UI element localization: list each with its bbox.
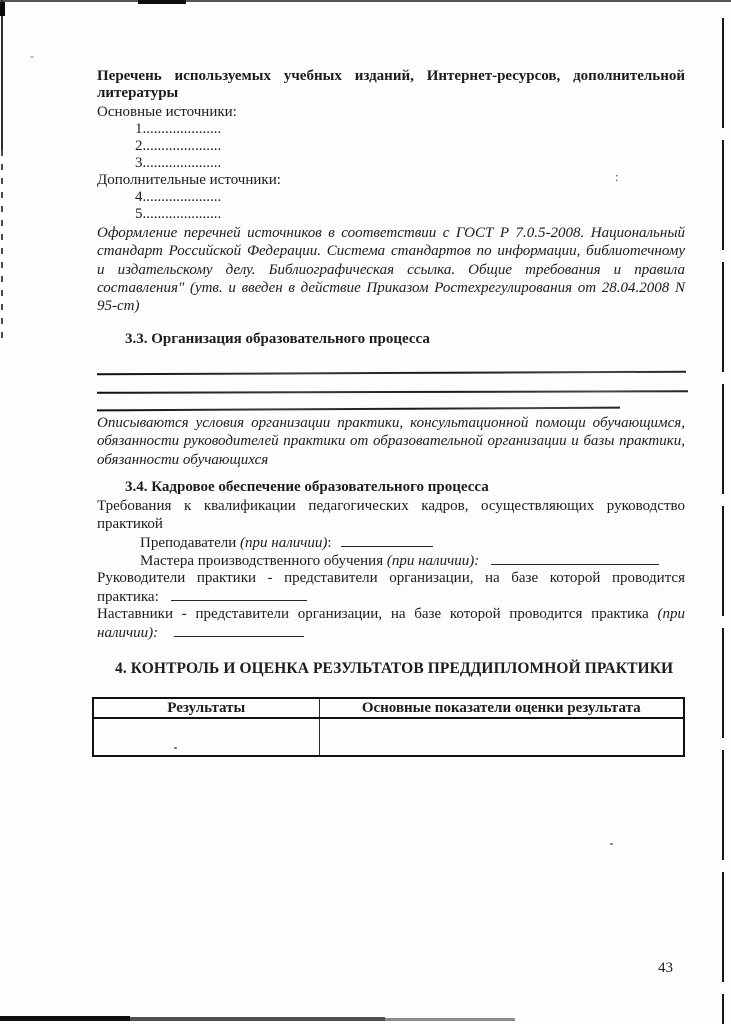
gost-note-line: 95-ст) bbox=[97, 297, 685, 315]
main-sources-label: Основные источники: bbox=[97, 104, 685, 121]
teachers-label: Преподаватели bbox=[140, 535, 240, 551]
practice-heads-line2: практика: bbox=[97, 588, 307, 606]
section-3-4-intro-line: Требования к квалификации педагогических… bbox=[97, 497, 685, 515]
additional-sources-list: 4..................... 5................… bbox=[97, 189, 685, 223]
bibliography-title: Перечень используемых учебных изданий, И… bbox=[97, 68, 685, 102]
section-3-3-note-line: обязанности руководителей практики от об… bbox=[97, 432, 685, 450]
teachers-blank-field bbox=[341, 534, 433, 547]
scan-edge-left-dashed bbox=[1, 150, 3, 340]
mentors-if-available-open: (при bbox=[658, 606, 686, 622]
scan-edge-top bbox=[0, 0, 731, 2]
teachers-colon: : bbox=[327, 535, 331, 551]
section-3-3-note-line: Описываются условия организации практики… bbox=[97, 414, 685, 432]
bibliography-title-line: Перечень используемых учебных изданий, И… bbox=[97, 68, 685, 85]
source-item: 1..................... bbox=[97, 121, 685, 138]
gost-note-line: и издательскому делу. Библиографическая … bbox=[97, 261, 685, 279]
gost-note-line: Оформление перечней источников в соответ… bbox=[97, 224, 685, 242]
gost-note-line: составления" (утв. и введен в действие П… bbox=[97, 279, 685, 297]
additional-sources-label: Дополнительные источники: bbox=[97, 172, 685, 189]
mentors-blank-field bbox=[174, 624, 304, 637]
scan-edge-left-solid bbox=[1, 0, 3, 150]
gost-note-line: стандарт Российской Федерации. Система с… bbox=[97, 242, 685, 260]
masters-label: Мастера производственного обучения bbox=[140, 553, 387, 569]
practice-heads-line1: Руководители практики - представители ор… bbox=[97, 570, 685, 587]
mentors-if-available-close: наличии): bbox=[97, 625, 158, 641]
mentors-line1: Наставники - представители организации, … bbox=[97, 606, 685, 623]
mentors-line2: наличии): bbox=[97, 624, 304, 642]
section-4-heading: 4. КОНТРОЛЬ И ОЦЕНКА РЕЗУЛЬТАТОВ ПРЕДДИП… bbox=[115, 660, 673, 677]
scan-blob-top bbox=[138, 0, 186, 4]
results-column-header: Результаты bbox=[93, 698, 319, 718]
practice-heads-blank-field bbox=[171, 588, 307, 601]
blank-fill-line bbox=[97, 371, 686, 376]
scan-edge-bottom-dark bbox=[0, 1016, 130, 1021]
page-number: 43 bbox=[658, 960, 673, 977]
indicators-column-header: Основные показатели оценки результата bbox=[319, 698, 684, 718]
section-3-4-intro-line: практикой bbox=[97, 515, 685, 533]
source-item: 4..................... bbox=[97, 189, 685, 206]
section-3-3-heading: 3.3. Организация образовательного процес… bbox=[125, 331, 430, 348]
blank-fill-line bbox=[97, 407, 620, 412]
results-table-header-row: Результаты Основные показатели оценки ре… bbox=[93, 698, 684, 718]
source-item: 2..................... bbox=[97, 138, 685, 155]
section-3-3-note-line: обязанности обучающихся bbox=[97, 451, 685, 469]
masters-line: Мастера производственного обучения (при … bbox=[140, 552, 659, 570]
results-cell bbox=[93, 718, 319, 756]
scan-speck bbox=[30, 56, 34, 58]
blank-fill-line bbox=[97, 390, 688, 394]
source-item: 5..................... bbox=[97, 206, 685, 223]
scanned-document-page: : Перечень используемых учебных изданий,… bbox=[0, 0, 731, 1024]
scan-edge-bottom-mid bbox=[130, 1017, 385, 1021]
main-sources-list: 1..................... 2................… bbox=[97, 121, 685, 172]
section-3-4-intro: Требования к квалификации педагогических… bbox=[97, 497, 685, 534]
indicators-cell bbox=[319, 718, 684, 756]
results-table-wrap: Результаты Основные показатели оценки ре… bbox=[92, 697, 685, 757]
results-table-row bbox=[93, 718, 684, 756]
scan-blob-top-left bbox=[0, 2, 5, 16]
scan-edge-bottom-light bbox=[385, 1018, 515, 1021]
section-3-3-note: Описываются условия организации практики… bbox=[97, 414, 685, 469]
practice-heads-label: практика: bbox=[97, 589, 159, 605]
scan-speck bbox=[610, 843, 613, 845]
teachers-if-available: (при наличии) bbox=[240, 535, 327, 551]
bibliography-title-line: литературы bbox=[97, 85, 685, 102]
section-3-4-heading: 3.4. Кадровое обеспечение образовательно… bbox=[125, 479, 489, 496]
scan-edge-right bbox=[722, 18, 724, 1024]
results-table: Результаты Основные показатели оценки ре… bbox=[92, 697, 685, 757]
source-item: 3..................... bbox=[97, 155, 685, 172]
teachers-line: Преподаватели (при наличии): bbox=[140, 534, 433, 552]
gost-note: Оформление перечней источников в соответ… bbox=[97, 224, 685, 315]
masters-if-available: (при наличии): bbox=[387, 553, 479, 569]
mentors-label: Наставники - представители организации, … bbox=[97, 606, 658, 622]
masters-blank-field bbox=[491, 552, 659, 565]
